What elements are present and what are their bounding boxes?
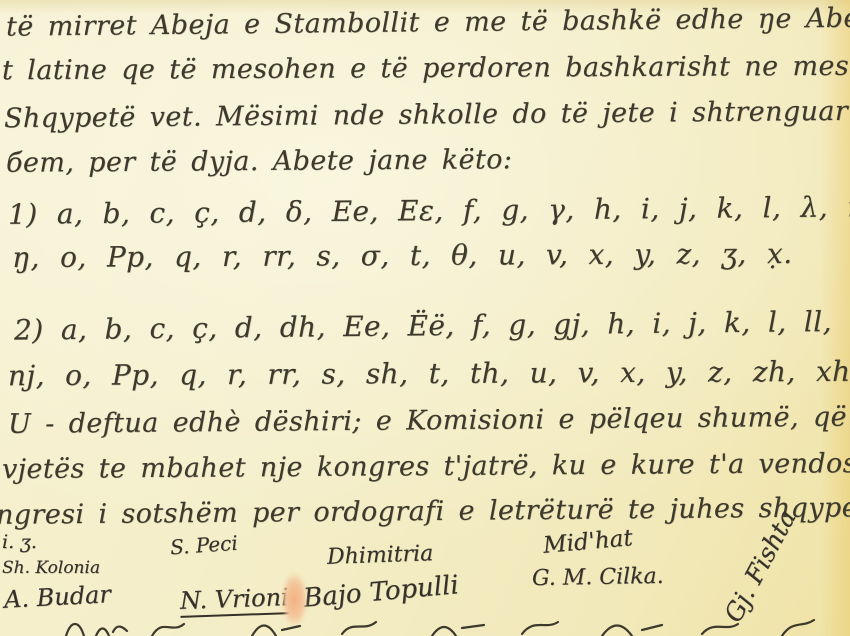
signature-vrioni-underlined: N. Vrioni	[179, 583, 289, 618]
signature-kolonia: Sh. Kolonia	[2, 558, 100, 578]
signature-dhimitria: Dhimitria	[327, 541, 434, 570]
manuscript-line: U - deftua edhè dëshiri; e Komisioni e p…	[8, 401, 850, 440]
alphabet-stamboll-row-1: 1) a, b, c, ç, d, δ, Ee, Eε, f, g, γ, h,…	[8, 190, 850, 231]
manuscript-line: t latine qe të mesohen e të perdoren bas…	[2, 51, 850, 86]
signature-peci: S. Peci	[169, 531, 238, 560]
manuscript-line: ngresi i sotshëm per ordografi e letrëtu…	[0, 492, 850, 531]
alphabet-latin-row-2: nj, o, Pp, q, r, rr, s, sh, t, th, u, v,…	[8, 355, 850, 392]
signature-budar: A. Budar	[3, 580, 111, 614]
signature-fragment: i. ʒ.	[2, 531, 37, 553]
alphabet-latin-row-1: 2) a, b, c, ç, d, dh, Ee, Ëë, f, g, gj, …	[14, 304, 850, 346]
cutoff-bottom-line-strokes	[0, 614, 850, 636]
manuscript-line: Shqypetë vet. Mësimi nde shkolle do të j…	[4, 95, 850, 134]
manuscript-page: të mirret Abeja e Stambollit e me të bas…	[0, 0, 850, 636]
manuscript-line: бem, per të dyja. Abete jane këto:	[6, 144, 513, 179]
alphabet-stamboll-row-2: ŋ, o, Pp, q, r, rr, s, σ, t, θ, u, v, x,…	[12, 237, 793, 274]
signature-midhat: Mid'hat	[542, 525, 634, 559]
signature-topulli: Bajo Topulli	[302, 570, 460, 613]
manuscript-line: vjetës te mbahet nje kongres t'jatrë, ku…	[2, 448, 850, 485]
signature-cilka: G. M. Cilka.	[532, 564, 664, 591]
